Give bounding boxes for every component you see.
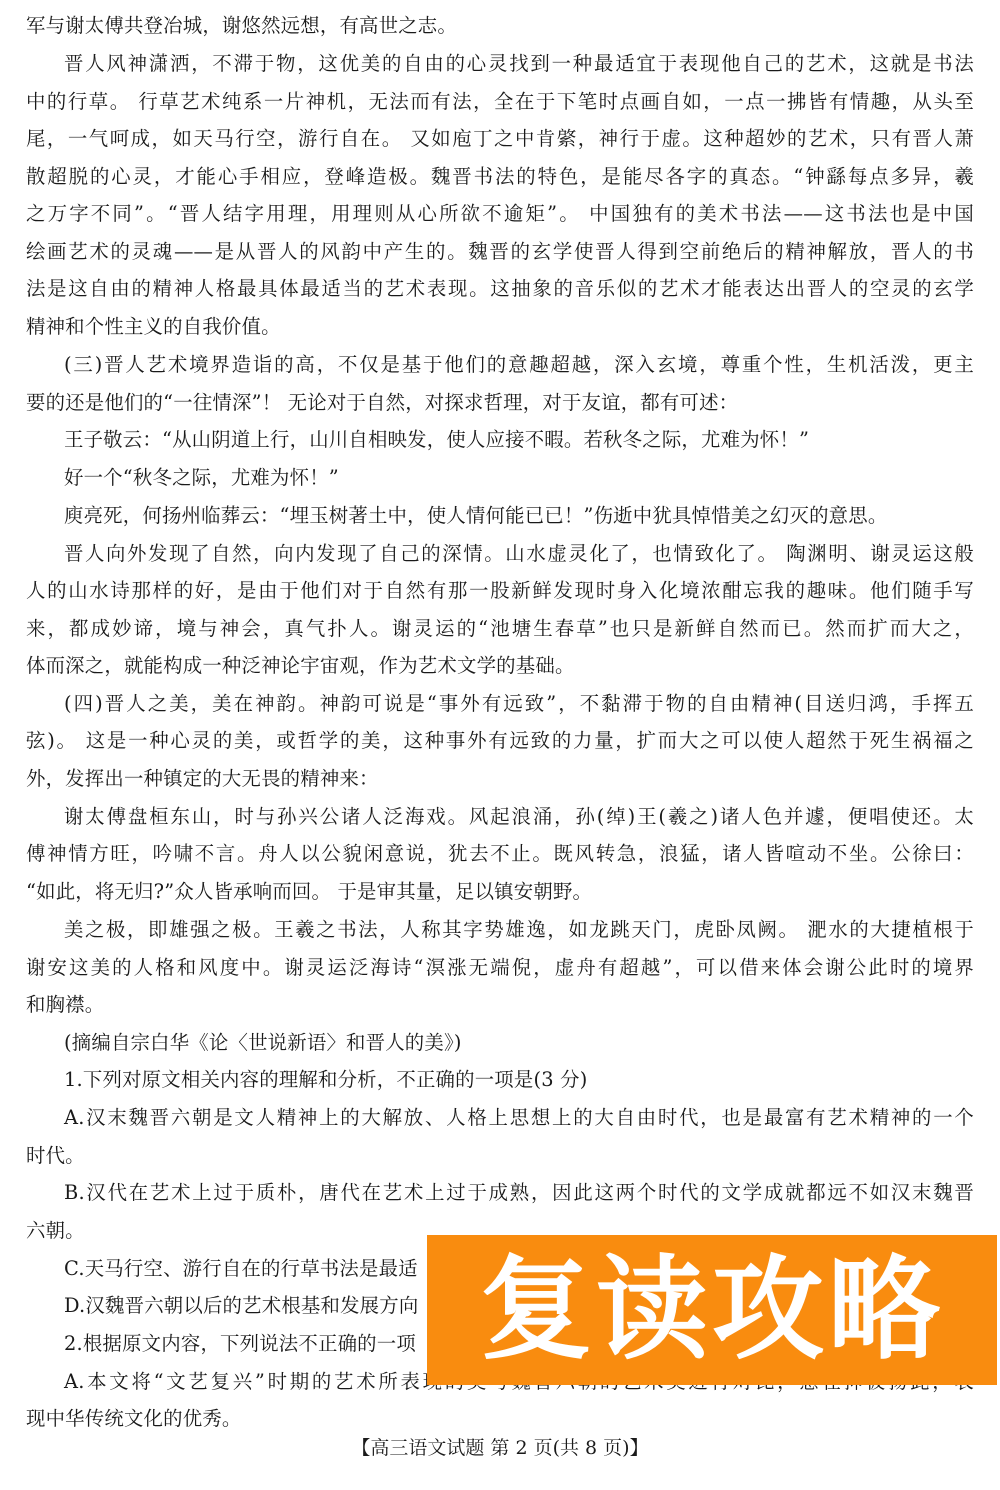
text-line: 谢安这美的人格和风度中。谢灵运泛海诗“溟涨无端倪，虚舟有超越”，可以借来体会谢公…: [26, 956, 974, 980]
text-line: 绘画艺术的灵魂——是从晋人的风韵中产生的。魏晋的玄学使晋人得到空前绝后的精神解放…: [26, 240, 974, 264]
text-line: 之万字不同”。“晋人结字用理，用理则从心所欲不逾矩”。 中国独有的美术书法——这…: [26, 202, 974, 226]
text-line: 外，发挥出一种镇定的大无畏的精神来：: [26, 767, 379, 791]
exam-page: 军与谢太傅共登冶城，谢悠然远想，有高世之志。晋人风神潇洒，不滞于物，这优美的自由…: [0, 0, 1000, 1490]
text-line: 精神和个性主义的自我价值。: [26, 315, 281, 339]
page-footer: 【高三语文试题 第 2 页(共 8 页)】: [0, 1436, 1000, 1460]
text-line: (四)晋人之美，美在神韵。神韵可说是“事外有远致”，不黏滞于物的自由精神(目送归…: [64, 692, 974, 716]
text-line: “如此，将无归?”众人皆承响而回。 于是审其量，足以镇安朝野。: [26, 880, 592, 904]
text-line: 晋人风神潇洒，不滞于物，这优美的自由的心灵找到一种最适宜于表现他自己的艺术，这就…: [64, 52, 974, 76]
text-line: 现中华传统文化的优秀。: [26, 1407, 242, 1431]
text-line: 庾亮死，何扬州临葬云：“埋玉树著土中，使人情何能已已！”伤逝中犹具悼惜美之幻灭的…: [64, 504, 887, 528]
text-line: 人的山水诗那样的好，是由于他们对于自然有那一股新鲜发现时身入化境浓酣忘我的趣味。…: [26, 579, 974, 603]
text-line: 谢太傅盘桓东山，时与孙兴公诸人泛海戏。风起浪涌，孙(绰)王(羲之)诸人色并遽，便…: [64, 805, 974, 829]
text-line: 军与谢太傅共登冶城，谢悠然远想，有高世之志。: [26, 14, 457, 38]
text-line: 王子敬云：“从山阴道上行，山川自相映发，使人应接不暇。若秋冬之际，尤难为怀！”: [64, 428, 809, 452]
text-line: 尾，一气呵成，如天马行空，游行自在。 又如庖丁之中肯綮，神行于虚。这种超妙的艺术…: [26, 127, 974, 151]
watermark-banner: 复读攻略: [427, 1235, 997, 1385]
text-line: (三)晋人艺术境界造诣的高，不仅是基于他们的意趣超越，深入玄境，尊重个性，生机活…: [64, 353, 974, 377]
text-line: 来，都成妙谛，境与神会，真气扑人。谢灵运的“池塘生春草”也只是新鲜自然而已。然而…: [26, 617, 974, 641]
text-line: A.汉末魏晋六朝是文人精神上的大解放、人格上思想上的大自由时代，也是最富有艺术精…: [64, 1106, 974, 1130]
text-line: C.天马行空、游行自在的行草书法是最适: [64, 1257, 418, 1281]
text-line: 要的还是他们的“一往情深”！ 无论对于自然，对探求哲理，对于友谊，都有可述：: [26, 391, 738, 415]
text-line: 法是这自由的精神人格最具体最适当的艺术表现。这抽象的音乐似的艺术才能表达出晋人的…: [26, 277, 974, 301]
text-line: 中的行草。 行草艺术纯系一片神机，无法而有法，全在于下笔时点画自如，一点一拂皆有…: [26, 90, 974, 114]
text-line: D.汉魏晋六朝以后的艺术根基和发展方向: [64, 1294, 418, 1318]
text-line: B.汉代在艺术上过于质朴，唐代在艺术上过于成熟，因此这两个时代的文学成就都远不如…: [64, 1181, 974, 1205]
watermark-text: 复读攻略: [480, 1254, 944, 1366]
text-line: 好一个“秋冬之际，尤难为怀！”: [64, 466, 339, 490]
text-line: (摘编自宗白华《论〈世说新语〉和晋人的美》): [64, 1031, 462, 1055]
text-line: 晋人向外发现了自然，向内发现了自己的深情。山水虚灵化了，也情致化了。 陶渊明、谢…: [64, 542, 974, 566]
text-line: 时代。: [26, 1144, 85, 1168]
text-line: 和胸襟。: [26, 993, 104, 1017]
text-line: 六朝。: [26, 1219, 85, 1243]
text-line: 2.根据原文内容，下列说法不正确的一项: [64, 1332, 416, 1356]
text-line: 1.下列对原文相关内容的理解和分析，不正确的一项是(3 分): [64, 1068, 588, 1092]
text-line: 体而深之，就能构成一种泛神论宇宙观，作为艺术文学的基础。: [26, 654, 575, 678]
text-line: 傅神情方旺，吟啸不言。舟人以公貌闲意说，犹去不止。既风转急，浪猛，诸人皆喧动不坐…: [26, 842, 974, 866]
text-line: 弦)。 这是一种心灵的美，或哲学的美，这种事外有远致的力量，扩而大之可以使人超然…: [26, 729, 974, 753]
text-line: 美之极，即雄强之极。王羲之书法，人称其字势雄逸，如龙跳天门，虎卧凤阙。 淝水的大…: [64, 918, 974, 942]
text-line: 散超脱的心灵，才能心手相应，登峰造极。魏晋书法的特色，是能尽各字的真态。“钟繇每…: [26, 165, 974, 189]
